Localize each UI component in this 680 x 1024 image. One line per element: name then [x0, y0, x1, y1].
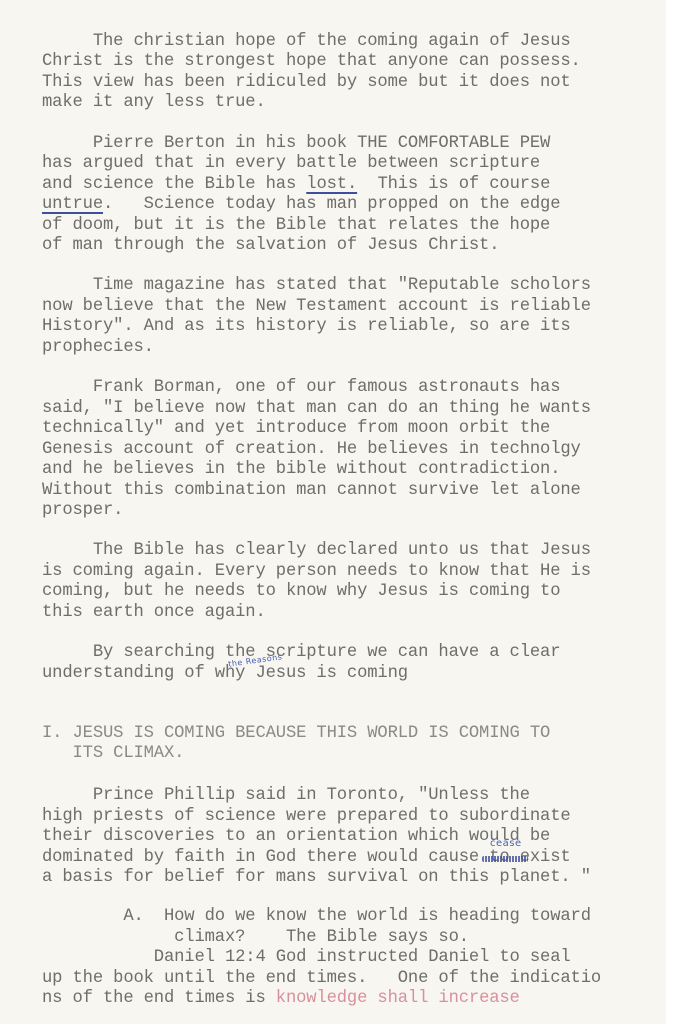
p2-line-4-post: . Science today has man propped on the e… [103, 195, 560, 214]
red-typed-phrase: knowledge shall increase [276, 989, 520, 1008]
p3-line-3: History". And as its history is reliable… [42, 317, 571, 337]
p4-line-1: Frank Borman, one of our famous astronau… [42, 378, 560, 398]
p7-line-3: their discoveries to an orientation whic… [42, 827, 550, 847]
p7-line-5: a basis for belief for mans survival on … [42, 868, 591, 888]
p2-line-5: of doom, but it is the Bible that relate… [42, 216, 550, 236]
p5-line-2: is coming again. Every person needs to k… [42, 562, 591, 582]
p2-line-1: Pierre Berton in his book THE COMFORTABL… [42, 134, 550, 154]
p4-line-2: said, "I believe now that man can do an … [42, 399, 591, 419]
p5-line-1: The Bible has clearly declared unto us t… [42, 541, 591, 561]
p2-line-3-post: This is of course [357, 175, 550, 194]
p5-line-3: coming, but he needs to know why Jesus i… [42, 582, 560, 602]
subpoint-line-5: ns of the end times is knowledge shall i… [42, 989, 520, 1009]
subpoint-line-1: A. How do we know the world is heading t… [42, 907, 591, 927]
p1-line-3: This view has been ridiculed by some but… [42, 73, 571, 93]
p4-line-7: prosper. [42, 501, 123, 521]
p1-line-4: make it any less true. [42, 93, 266, 113]
p4-line-5: and he believes in the bible without con… [42, 460, 560, 480]
p2-line-3-pre: and science the Bible has [42, 175, 306, 194]
subpoint-line-4: up the book until the end times. One of … [42, 969, 601, 989]
subpoint-line-3: Daniel 12:4 God instructed Daniel to sea… [42, 948, 571, 968]
p4-line-4: Genesis account of creation. He believes… [42, 440, 581, 460]
subpoint-line-2: climax? The Bible says so. [42, 928, 469, 948]
p2-line-4: untrue. Science today has man propped on… [42, 195, 560, 215]
page-edge [666, 0, 680, 1024]
underlined-untrue: untrue [42, 195, 103, 214]
p2-line-2: has argued that in every battle between … [42, 154, 540, 174]
p5-line-4: this earth once again. [42, 603, 266, 623]
p2-line-3: and science the Bible has lost. This is … [42, 175, 550, 195]
subpoint-line-5-pre: ns of the end times is [42, 989, 276, 1008]
cross-out-mark [482, 856, 528, 862]
p4-line-3: technically" and yet introduce from moon… [42, 419, 550, 439]
p3-line-2: now believe that the New Testament accou… [42, 297, 591, 317]
p1-line-2: Christ is the strongest hope that anyone… [42, 52, 581, 72]
handwritten-annotation-cease: cease [490, 838, 522, 849]
section-heading-line-1: I. JESUS IS COMING BECAUSE THIS WORLD IS… [42, 724, 550, 744]
p2-line-6: of man through the salvation of Jesus Ch… [42, 236, 499, 256]
section-heading-line-2: ITS CLIMAX. [42, 744, 184, 764]
p3-line-4: prophecies. [42, 338, 154, 358]
p1-line-1: The christian hope of the coming again o… [42, 32, 571, 52]
p7-line-1: Prince Phillip said in Toronto, "Unless … [42, 786, 530, 806]
p3-line-1: Time magazine has stated that "Reputable… [42, 276, 591, 296]
underlined-lost: lost. [306, 175, 357, 194]
p6-line-2: understanding of why Jesus is coming [42, 664, 408, 684]
p7-line-2: high priests of science were prepared to… [42, 807, 571, 827]
p4-line-6: Without this combination man cannot surv… [42, 481, 581, 501]
p6-line-1: By searching the scripture we can have a… [42, 643, 560, 663]
